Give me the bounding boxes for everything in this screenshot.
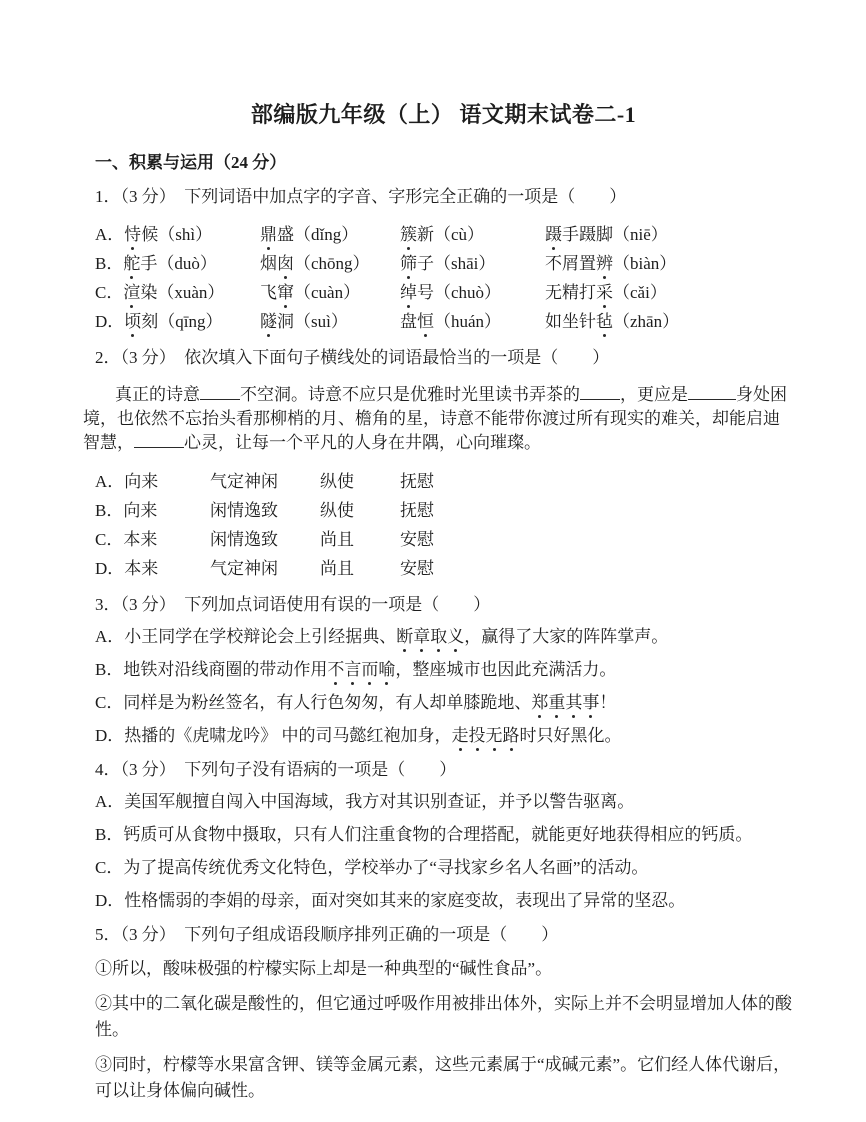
question-5-stem: 5．（3 分） 下列句子组成语段顺序排列正确的一项是（ ） xyxy=(95,924,792,946)
q3-option-c: C．同样是为粉丝签名，有人行色匆匆，有人却单膝跪地、郑重其事！ xyxy=(95,692,792,714)
q1-option-a-word-4: 蹑手蹑脚（niē） xyxy=(545,224,792,246)
q4-option-a: A．美国军舰擅自闯入中国海域，我方对其识别查证，并予以警告驱离。 xyxy=(95,791,792,813)
emphasized-char: 喻 xyxy=(378,659,395,681)
section-heading: 一、积累与运用（24 分） xyxy=(95,152,792,174)
q4-option-c: C．为了提高传统优秀文化特色，学校举办了“寻找家乡名人名画”的活动。 xyxy=(95,857,792,879)
emphasized-char: 投 xyxy=(469,725,486,747)
q1-option-c-word-4: 无精打采（cǎi） xyxy=(545,282,792,304)
emphasized-char: 其 xyxy=(565,692,582,714)
emphasized-char: 恒 xyxy=(417,311,434,333)
exam-paper-page: 部编版九年级（上） 语文期末试卷二-1 一、积累与运用（24 分） 1．（3 分… xyxy=(0,0,866,1122)
emphasized-char: 义 xyxy=(447,626,464,648)
q2-option-c-word-2: 闲情逸致 xyxy=(210,529,320,551)
q2-option-d-word-3: 尚且 xyxy=(320,558,400,580)
q5-sentence-2: ②其中的二氧化碳是酸性的，但它通过呼吸作用被排出体外，实际上并不会明显增加人体的… xyxy=(95,991,792,1043)
question-2-passage: 真正的诗意不空洞。诗意不应只是优雅时光里读书弄茶的，更应是身处困境，也依然不忘抬… xyxy=(83,383,792,455)
q3-option-b: B．地铁对沿线商圈的带动作用不言而喻，整座城市也因此充满活力。 xyxy=(95,659,792,681)
q1-option-b-word-1: B．舵手（duò） xyxy=(95,253,260,275)
q2-option-c-word-3: 尚且 xyxy=(320,529,400,551)
question-2: 2．（3 分） 依次填入下面句子横线处的词语最恰当的一项是（ ） 真正的诗意不空… xyxy=(95,347,792,580)
page-title: 部编版九年级（上） 语文期末试卷二-1 xyxy=(95,100,792,130)
fill-in-blank xyxy=(688,384,736,400)
q1-option-d-word-2: 隧洞（suì） xyxy=(260,311,400,333)
q2-option-a-word-4: 抚慰 xyxy=(400,471,792,493)
q1-option-c-word-3: 绰号（chuò） xyxy=(400,282,545,304)
emphasized-char: 取 xyxy=(430,626,447,648)
q2-option-b-word-3: 纵使 xyxy=(320,500,400,522)
fill-in-blank xyxy=(580,384,620,400)
question-4-stem: 4．（3 分） 下列句子没有语病的一项是（ ） xyxy=(95,759,792,781)
emphasized-char: 重 xyxy=(548,692,565,714)
question-2-options: A．向来 气定神闲 纵使 抚慰 B．向来 闲情逸致 纵使 抚慰 C．本来 闲情逸… xyxy=(95,471,792,580)
q1-option-c-word-2: 飞窜（cuàn） xyxy=(260,282,400,304)
emphasized-char: 渲 xyxy=(123,282,140,304)
q2-option-a-word-2: 气定神闲 xyxy=(210,471,320,493)
question-1: 1．（3 分） 下列词语中加点字的字音、字形完全正确的一项是（ ） A．恃候（s… xyxy=(95,186,792,333)
emphasized-char: 鼎 xyxy=(260,224,277,246)
emphasized-char: 簇 xyxy=(400,224,417,246)
emphasized-char: 顷 xyxy=(124,311,141,333)
question-4: 4．（3 分） 下列句子没有语病的一项是（ ） A．美国军舰擅自闯入中国海域，我… xyxy=(95,759,792,912)
emphasized-char: 郑 xyxy=(531,692,548,714)
q2-option-c-word-4: 安慰 xyxy=(400,529,792,551)
q1-option-a-word-2: 鼎盛（dǐng） xyxy=(260,224,400,246)
q1-option-b-word-4: 不屑置辨（biàn） xyxy=(545,253,792,275)
q4-option-d: D．性格懦弱的李娟的母亲，面对突如其来的家庭变故，表现出了异常的坚忍。 xyxy=(95,890,792,912)
emphasized-char: 断 xyxy=(396,626,413,648)
fill-in-blank xyxy=(200,384,240,400)
question-2-stem: 2．（3 分） 依次填入下面句子横线处的词语最恰当的一项是（ ） xyxy=(95,347,792,369)
q2-option-a-word-1: A．向来 xyxy=(95,471,210,493)
question-1-stem: 1．（3 分） 下列词语中加点字的字音、字形完全正确的一项是（ ） xyxy=(95,186,792,208)
q5-sentence-3: ③同时，柠檬等水果富含钾、镁等金属元素，这些元素属于“成碱元素”。它们经人体代谢… xyxy=(95,1052,792,1104)
q2-option-d-word-4: 安慰 xyxy=(400,558,792,580)
q2-option-d-word-1: D．本来 xyxy=(95,558,210,580)
q1-option-a-word-3: 簇新（cù） xyxy=(400,224,545,246)
q2-option-a-word-3: 纵使 xyxy=(320,471,400,493)
emphasized-char: 无 xyxy=(486,725,503,747)
emphasized-char: 恃 xyxy=(124,224,141,246)
question-3: 3．（3 分） 下列加点词语使用有误的一项是（ ） A．小王同学在学校辩论会上引… xyxy=(95,594,792,747)
emphasized-char: 辨 xyxy=(596,253,613,275)
q1-option-a-word-1: A．恃候（shì） xyxy=(95,224,260,246)
q2-option-b-word-1: B．向来 xyxy=(95,500,210,522)
q1-option-d-word-4: 如坐针毡（zhān） xyxy=(545,311,792,333)
emphasized-char: 筛 xyxy=(400,253,417,275)
q2-option-b-word-2: 闲情逸致 xyxy=(210,500,320,522)
emphasized-char: 毡 xyxy=(596,311,613,333)
q2-option-b-word-4: 抚慰 xyxy=(400,500,792,522)
q2-option-c-word-1: C．本来 xyxy=(95,529,210,551)
q1-option-d-word-1: D．顷刻（qīng） xyxy=(95,311,260,333)
emphasized-char: 言 xyxy=(344,659,361,681)
emphasized-char: 路 xyxy=(503,725,520,747)
emphasized-char: 囱 xyxy=(277,253,294,275)
emphasized-char: 而 xyxy=(361,659,378,681)
q1-option-c-word-1: C．渲染（xuàn） xyxy=(95,282,260,304)
fill-in-blank xyxy=(134,432,184,448)
emphasized-char: 窜 xyxy=(277,282,294,304)
question-3-stem: 3．（3 分） 下列加点词语使用有误的一项是（ ） xyxy=(95,594,792,616)
emphasized-char: 蹑 xyxy=(545,224,562,246)
q2-option-d-word-2: 气定神闲 xyxy=(210,558,320,580)
emphasized-char: 采 xyxy=(596,282,613,304)
q5-sentence-1: ①所以，酸味极强的柠檬实际上却是一种典型的“碱性食品”。 xyxy=(95,956,792,982)
q3-option-d: D．热播的《虎啸龙吟》 中的司马懿红袍加身，走投无路时只好黑化。 xyxy=(95,725,792,747)
emphasized-char: 章 xyxy=(413,626,430,648)
q1-option-b-word-3: 筛子（shāi） xyxy=(400,253,545,275)
emphasized-char: 绰 xyxy=(400,282,417,304)
question-1-options: A．恃候（shì） 鼎盛（dǐng） 簇新（cù） 蹑手蹑脚（niē） B．舵手… xyxy=(95,224,792,333)
emphasized-char: 隧 xyxy=(260,311,277,333)
emphasized-char: 走 xyxy=(452,725,469,747)
emphasized-char: 事 xyxy=(582,692,599,714)
question-5: 5．（3 分） 下列句子组成语段顺序排列正确的一项是（ ） ①所以，酸味极强的柠… xyxy=(95,924,792,1104)
q4-option-b: B．钙质可从食物中摄取，只有人们注重食物的合理搭配，就能更好地获得相应的钙质。 xyxy=(95,824,792,846)
emphasized-char: 不 xyxy=(327,659,344,681)
emphasized-char: 舵 xyxy=(123,253,140,275)
q1-option-d-word-3: 盘恒（huán） xyxy=(400,311,545,333)
q1-option-b-word-2: 烟囱（chōng） xyxy=(260,253,400,275)
q3-option-a: A．小王同学在学校辩论会上引经据典、断章取义，赢得了大家的阵阵掌声。 xyxy=(95,626,792,648)
